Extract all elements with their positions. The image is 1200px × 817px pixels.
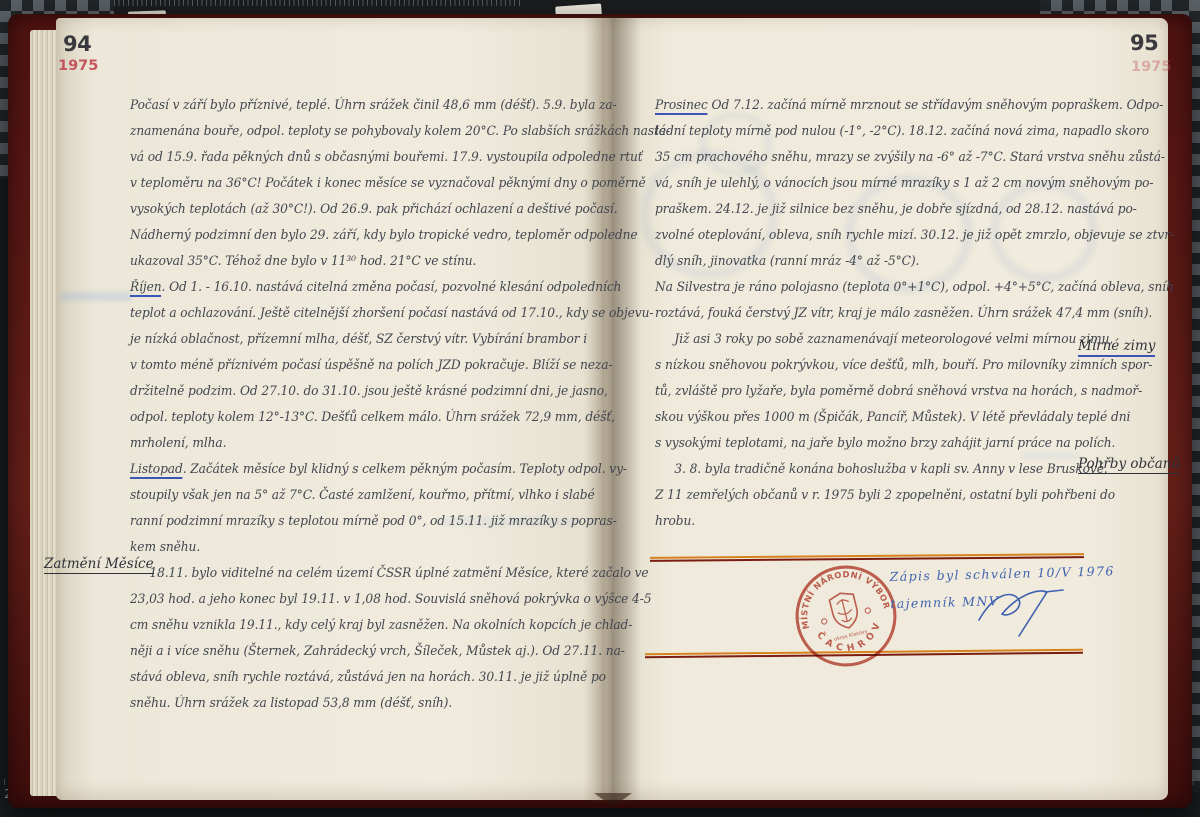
handwritten-line: praškem. 24.12. je již silnice bez sněhu… bbox=[655, 196, 1074, 222]
handwritten-line: teplot a ochlazování. Ještě citelnější z… bbox=[130, 300, 563, 326]
signature bbox=[975, 582, 1085, 640]
ink-smudge bbox=[60, 292, 132, 301]
handwritten-line: Listopad. Začátek měsíce byl klidný s ce… bbox=[130, 456, 563, 482]
handwritten-line: Již asi 3 roky po sobě zaznamenávají met… bbox=[655, 326, 1074, 352]
spine-fold bbox=[594, 793, 632, 807]
stamp-side-mark bbox=[865, 607, 871, 613]
handwritten-line: Nádherný podzimní den bylo 29. září, kdy… bbox=[130, 222, 563, 248]
margin-heading-mirne-zimy: Mírné zimy bbox=[1078, 338, 1155, 357]
handwritten-line: je nízká oblačnost, přízemní mlha, déšť,… bbox=[130, 326, 563, 352]
handwritten-line: Počasí v září bylo příznivé, teplé. Úhrn… bbox=[130, 92, 563, 118]
margin-heading-pohrby-obcanu: Pohřby občanů bbox=[1078, 456, 1180, 474]
handwritten-line: 23,03 hod. a jeho konec byl 19.11. v 1,0… bbox=[130, 586, 563, 612]
handwritten-line: dlý sníh, jinovatka (ranní mráz -4° až -… bbox=[655, 248, 1074, 274]
handwritten-line: 35 cm prachového sněhu, mrazy se zvýšily… bbox=[655, 144, 1074, 170]
handwritten-line: ukazoval 35°C. Téhož dne bylo v 11³⁰ hod… bbox=[130, 248, 563, 274]
handwritten-line: znamenána bouře, odpol. teploty se pohyb… bbox=[130, 118, 563, 144]
handwritten-line: v tomto méně příznivém počasí úspěšně na… bbox=[130, 352, 563, 378]
page-number: 94 bbox=[63, 32, 91, 56]
handwritten-line: v teploměru na 36°C! Počátek i konec měs… bbox=[130, 170, 563, 196]
handwritten-line: zvolné oteplování, obleva, sníh rychle m… bbox=[655, 222, 1074, 248]
stamp-side-mark bbox=[821, 618, 827, 624]
handwritten-line: stoupily však jen na 5° až 7°C. Časté za… bbox=[130, 482, 563, 508]
ruler-ticks bbox=[114, 0, 522, 6]
handwritten-line: s vysokými teplotami, na jaře bylo možno… bbox=[655, 430, 1074, 456]
handwritten-line: hrobu. bbox=[655, 508, 1074, 534]
handwritten-line: lední teploty mírně pod nulou (-1°, -2°C… bbox=[655, 118, 1074, 144]
handwritten-line: vysokých teplotách (až 30°C!). Od 26.9. … bbox=[130, 196, 563, 222]
handwritten-line: tů, zvláště pro lyžaře, byla poměrně dob… bbox=[655, 378, 1074, 404]
handwritten-line: vá, sníh je ulehlý, o vánocích jsou mírn… bbox=[655, 170, 1074, 196]
handwritten-line: roztává, fouká čerstvý JZ vítr, kraj je … bbox=[655, 300, 1074, 326]
page-stack-edges bbox=[30, 30, 58, 796]
handwritten-line: Říjen. Od 1. - 16.10. nastává citelná zm… bbox=[130, 274, 563, 300]
page-number: 95 bbox=[1130, 31, 1158, 55]
chronicle-photo: 26252423222120191817161514131211 1213141… bbox=[0, 0, 1200, 817]
handwritten-line: sněhu. Úhrn srážek za listopad 53,8 mm (… bbox=[130, 690, 563, 716]
handwritten-line: Z 11 zemřelých občanů v r. 1975 byli 2 z… bbox=[655, 482, 1074, 508]
lion-emblem-figure bbox=[835, 597, 854, 623]
month-heading: Listopad bbox=[130, 461, 183, 479]
margin-heading-zatmeni-mesice: Zatmění Měsíce bbox=[44, 556, 154, 574]
left-page-text: Počasí v září bylo příznivé, teplé. Úhrn… bbox=[130, 92, 576, 716]
handwritten-line: mrholení, mlha. bbox=[130, 430, 563, 456]
handwritten-line: skou výškou přes 1000 m (Špičák, Pancíř,… bbox=[655, 404, 1074, 430]
handwritten-line: Na Silvestra je ráno polojasno (teplota … bbox=[655, 274, 1074, 300]
handwritten-line: vá od 15.9. řada pěkných dnů s občasnými… bbox=[130, 144, 563, 170]
handwritten-line: odpol. teploty kolem 12°-13°C. Dešťů cel… bbox=[130, 404, 563, 430]
handwritten-line: 18.11. bylo viditelné na celém území ČSS… bbox=[130, 560, 563, 586]
month-heading: Říjen bbox=[130, 279, 162, 297]
handwritten-line: kem sněhu. bbox=[130, 534, 563, 560]
handwritten-line: něji a i více sněhu (Šternek, Zahrádecký… bbox=[130, 638, 563, 664]
handwritten-line: ranní podzimní mrazíky s teplotou mírně … bbox=[130, 508, 563, 534]
year-stamp: 1975 bbox=[58, 58, 98, 74]
handwritten-line: s nízkou sněhovou pokrývkou, více dešťů,… bbox=[655, 352, 1074, 378]
month-heading: Prosinec bbox=[655, 97, 708, 115]
right-page-text: Prosinec Od 7.12. začíná mírně mrznout s… bbox=[655, 92, 1087, 534]
handwritten-line: Prosinec Od 7.12. začíná mírně mrznout s… bbox=[655, 92, 1074, 118]
year-stamp: 1975 bbox=[1131, 59, 1171, 75]
handwritten-line: cm sněhu vznikla 19.11., kdy celý kraj b… bbox=[130, 612, 563, 638]
handwritten-line: stává obleva, sníh rychle roztává, zůstá… bbox=[130, 664, 563, 690]
handwritten-line: 3. 8. byla tradičně konána bohoslužba v … bbox=[655, 456, 1074, 482]
handwritten-line: držitelně podzim. Od 27.10. do 31.10. js… bbox=[130, 378, 563, 404]
